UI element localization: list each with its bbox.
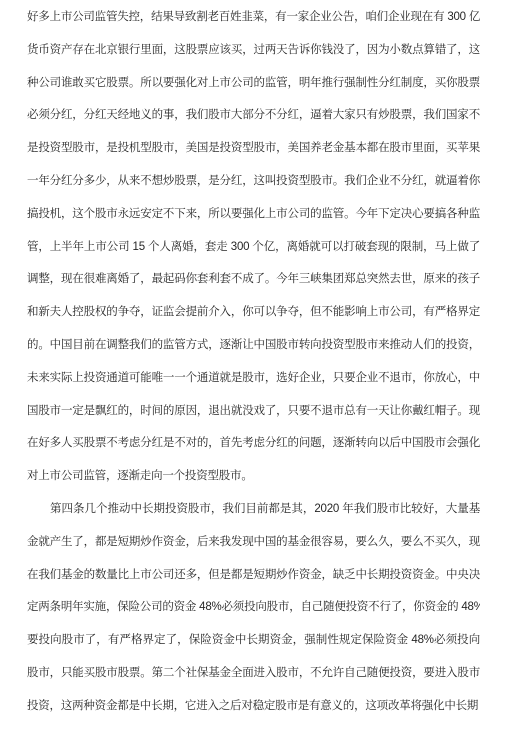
text-line: 在好多人买股票不考虑分红是不对的，首先考虑分红的问题，逐渐转向以后中国股市会强化 — [27, 427, 480, 460]
text-line: 货币资产存在北京银行里面，这股票应该买，过两天告诉你钱没了，因为小数点算错了，这 — [27, 34, 480, 67]
text-line: 种公司谁敢买它股票。所以要强化对上市公司的监管，明年推行强制性分红制度，买你股票 — [27, 67, 480, 100]
text-line: 定两条明年实施，保险公司的资金 48%必须投向股市，自己随便投资不行了，你资金的… — [27, 591, 480, 624]
text-line: 对上市公司监管，逐渐走向一个投资型股市。 — [27, 460, 480, 493]
document-page: 好多上市公司监管失控，结果导致割老百姓韭菜，有一家企业公告，咱们企业现在有 30… — [0, 0, 506, 754]
text-line: 金就产生了，都是短期炒作资金，后来我发现中国的基金很容易，要么久，要么不买久，现 — [27, 526, 480, 559]
text-line: 国股市一定是飘红的，时间的原因，退出就没戏了，只要不退市总有一天让你戴红帽子。现 — [27, 395, 480, 428]
text-line: 一年分红分多少，从来不想炒股票，是分红，这叫投资型股市。我们企业不分红，就逼着你 — [27, 165, 480, 198]
text-line: 和新夫人控股权的争夺，证监会提前介入，你可以争夺，但不能影响上市公司，有严格界定 — [27, 296, 480, 329]
text-line: 未来实际上投资通道可能唯一一个通道就是股市，选好企业，只要企业不退市，你放心，中 — [27, 362, 480, 395]
paragraph-2: 第四条几个推动中长期投资股市，我们目前都是其，2020 年我们股市比较好，大量基… — [27, 493, 480, 723]
text-line: 管，上半年上市公司 15 个人离婚，套走 300 个亿，离婚就可以打破套现的限制… — [27, 231, 480, 264]
paragraph-1: 好多上市公司监管失控，结果导致割老百姓韭菜，有一家企业公告，咱们企业现在有 30… — [27, 1, 480, 493]
text-line: 股市，只能买股市股票。第二个社保基金全面进入股市，不允许自己随便投资，要进入股市 — [27, 657, 480, 690]
text-line: 要投向股市了，有严格界定了，保险资金中长期资金，强制性规定保险资金 48%必须投… — [27, 624, 480, 657]
text-line: 投资，这两种资金都是中长期，它进入之后对稳定股市是有意义的，这项改革将强化中长期 — [27, 690, 480, 723]
text-line: 调整，现在很难离婚了，最起码你套利套不成了。今年三峡集团郑总突然去世，原来的孩子 — [27, 263, 480, 296]
text-line: 是投资型股市，是投机型股市，美国是投资型股市，美国养老金基本都在股市里面，买苹果 — [27, 132, 480, 165]
text-line: 的。中国目前在调整我们的监管方式，逐渐让中国股市转向投资型股市来推动人们的投资， — [27, 329, 480, 362]
text-line: 必须分红，分红天经地义的事，我们股市大部分不分红，逼着大家只有炒股票，我们国家不 — [27, 99, 480, 132]
text-line: 第四条几个推动中长期投资股市，我们目前都是其，2020 年我们股市比较好，大量基 — [27, 493, 480, 526]
text-line: 搞投机，这个股市永远安定不下来，所以要强化上市公司的监管。今年下定决心要搞各种监 — [27, 198, 480, 231]
text-line: 好多上市公司监管失控，结果导致割老百姓韭菜，有一家企业公告，咱们企业现在有 30… — [27, 1, 480, 34]
text-line: 在我们基金的数量比上市公司还多，但是都是短期炒作资金，缺乏中长期投资资金。中央决 — [27, 559, 480, 592]
